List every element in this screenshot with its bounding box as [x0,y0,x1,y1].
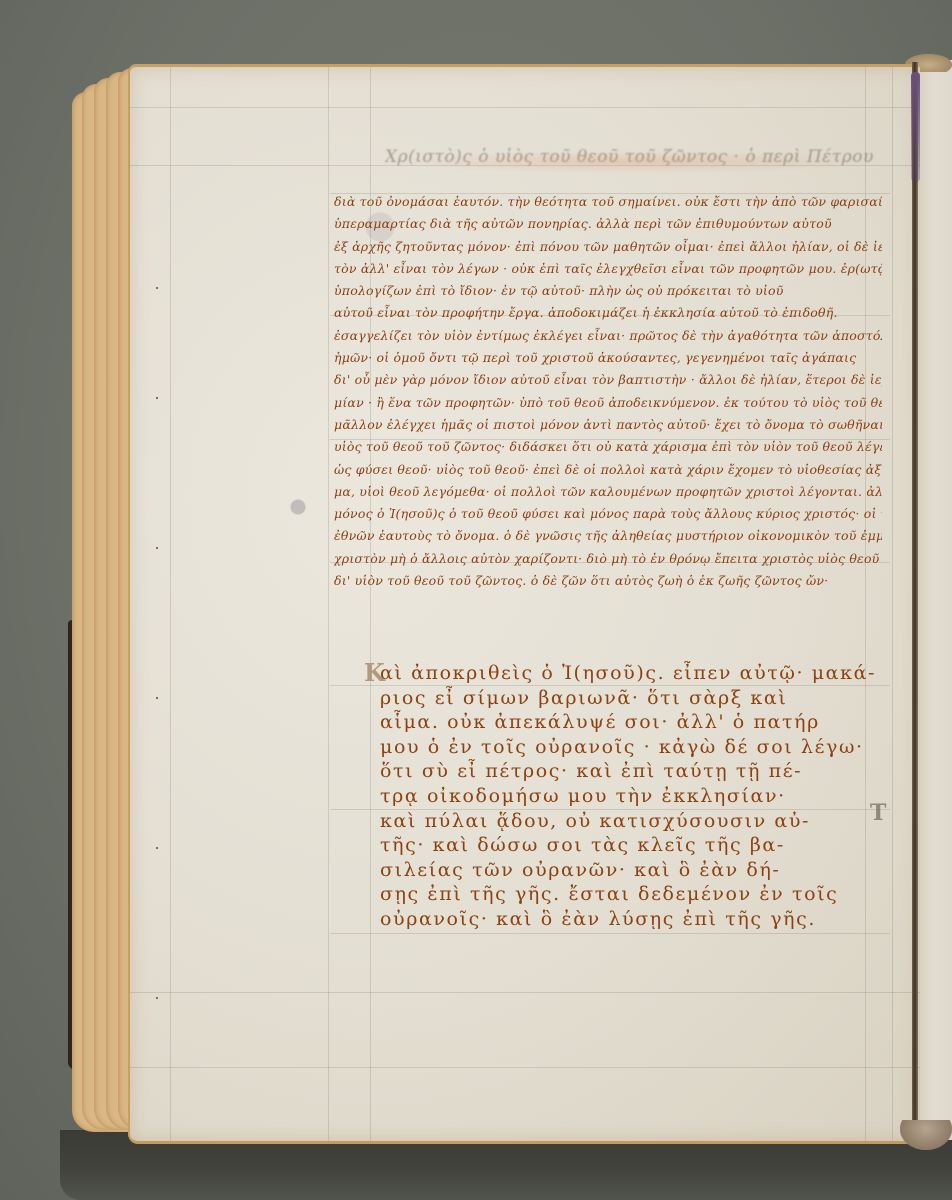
commentary-line: διὰ τοῦ ὀνομάσαι ἑαυτόν. τὴν θεότητα τοῦ… [334,191,882,213]
manuscript-page: Χρ(ιστὸ)ς ὁ υἱὸς τοῦ θεοῦ τοῦ ζῶντος · ὁ… [128,64,920,1144]
commentary-line: ἡμῶν· οἱ ὁμοῦ ὄντι τῷ περὶ τοῦ χριστοῦ ἀ… [334,347,882,369]
decorated-initial: Κ [364,661,386,686]
margin-mark: Τ [870,800,886,826]
commentary-line: ἐθνῶν ἑαυτοὺς τὸ ὄνομα. ὁ δὲ γνῶσις τῆς … [334,525,882,547]
lemma-line: σῃς ἐπὶ τῆς γῆς. ἔσται δεδεμένον ἐν τοῖς [380,882,880,907]
gutter-stain [911,72,920,182]
commentary-line: ὡς φύσει θεοῦ· υἱὸς τοῦ θεοῦ· ἐπεὶ δὲ οἱ… [334,459,882,481]
commentary-line: ὑπολογίζων ἐπὶ τὸ ἴδιον· ἐν τῷ αὐτοῦ· πλ… [334,280,882,302]
commentary-line: τὸν ἀλλ' εἶναι τὸν λέγων · οὐκ ἐπὶ ταῖς … [334,258,882,280]
commentary-line: μᾶλλον ἐλέγχει ἡμᾶς οἱ πιστοὶ μόνον ἀντὶ… [334,414,882,436]
commentary-line: μίαν · ἢ ἕνα τῶν προφητῶν· ὑπὸ τοῦ θεοῦ … [334,392,882,414]
commentary-text: διὰ τοῦ ὀνομάσαι ἑαυτόν. τὴν θεότητα τοῦ… [334,191,882,592]
facing-page-edge [918,60,952,1140]
lemma-line: τῆς· καὶ δώσω σοι τὰς κλεῖς τῆς βα- [380,833,880,858]
commentary-line: ἐσαγγελίζει τὸν υἱὸν ἐντίμως ἐκλέγει εἶν… [334,325,882,347]
commentary-line: αὐτοῦ εἶναι τὸν προφήτην ἔργα. ἀποδοκιμά… [334,302,882,324]
commentary-line: ἐξ ἀρχῆς ζητοῦντας μόνον· ἐπὶ πόνου τῶν … [334,236,882,258]
commentary-line: χριστὸν μὴ ὁ ἄλλοις αὐτὸν χαρίζοντι· διὸ… [334,548,882,570]
commentary-line: ὑπεραμαρτίας διὰ τῆς αὐτῶν πονηρίας. ἀλλ… [334,213,882,235]
gutter-fold [912,62,918,1142]
commentary-line: μα, υἱοὶ θεοῦ λεγόμεθα· οἱ πολλοὶ τῶν κα… [334,481,882,503]
lemma-line: καὶ πύλαι ᾅδου, οὐ κατισχύσουσιν αὐ- [380,809,880,834]
lemma-line: αὶ ἀποκριθεὶς ὁ Ἰ(ησοῦ)ς. εἶπεν αὐτῷ· μα… [380,661,880,686]
lemma-line: μου ὁ ἐν τοῖς οὐρανοῖς · κἀγὼ δέ σοι λέγ… [380,735,880,760]
commentary-line: μόνος ὁ Ἰ(ησοῦ)ς ὁ τοῦ θεοῦ φύσει καὶ μό… [334,503,882,525]
lemma-line: σιλείας τῶν οὐρανῶν· καὶ ὃ ἐὰν δή- [380,858,880,883]
lemma-line: ὅτι σὺ εἶ πέτρος· καὶ ἐπὶ ταύτῃ τῇ πέ- [380,759,880,784]
binding-thread-bottom [900,1120,952,1150]
lemma-line: ριος εἶ σίμων βαριωνᾶ· ὅτι σὰρξ καὶ [380,686,880,711]
commentary-line: υἱὸς τοῦ θεοῦ τοῦ ζῶντος· διδάσκει ὅτι ο… [334,436,882,458]
commentary-line: δι' οὗ μὲν γὰρ μόνον ἴδιον αὐτοῦ εἶναι τ… [334,369,882,391]
lemma-text: Κ αὶ ἀποκριθεὶς ὁ Ἰ(ησοῦ)ς. εἶπεν αὐτῷ· … [380,661,880,932]
running-head: Χρ(ιστὸ)ς ὁ υἱὸς τοῦ θεοῦ τοῦ ζῶντος · ὁ… [385,147,875,173]
lemma-line: τρᾳ οἰκοδομήσω μου τὴν ἐκκλησίαν· [380,784,880,809]
lemma-line: οὐρανοῖς· καὶ ὃ ἐὰν λύσῃς ἐπὶ τῆς γῆς. [380,907,880,932]
lemma-line: αἷμα. οὐκ ἀπεκάλυψέ σοι· ἀλλ' ὁ πατήρ [380,710,880,735]
commentary-line: δι' υἱὸν τοῦ θεοῦ τοῦ ζῶντος. ὁ δὲ ζῶν ὅ… [334,570,882,592]
